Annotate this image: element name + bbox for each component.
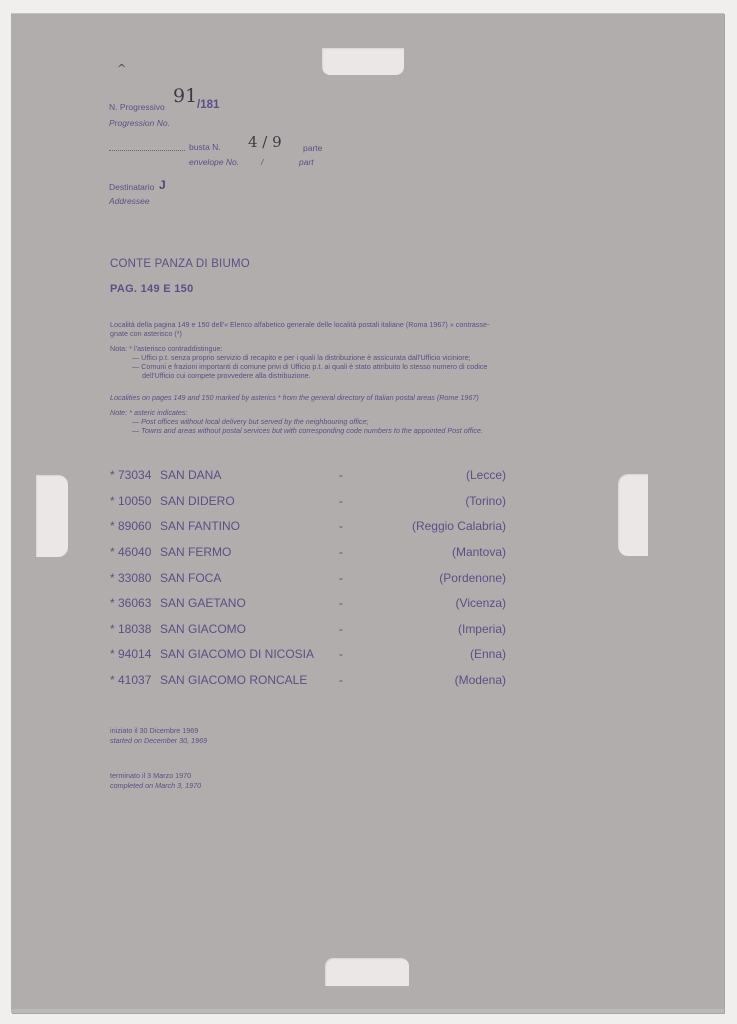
intro-it-note-2a: — Comuni e frazioni importanti di comune… [110, 362, 489, 371]
intro-it-line1: Località della pagina 149 e 150 dell'« E… [110, 320, 489, 329]
separator-dash: - [339, 545, 343, 559]
locality-name: SAN GIACOMO [160, 622, 246, 636]
intro-it-note-head: Nota: * l'asterisco contraddistingue: [110, 344, 489, 353]
page-reference: PAG. 149 E 150 [110, 283, 194, 295]
handwritten-mark: ^ [117, 62, 126, 75]
province: (Vicenza) [456, 596, 506, 610]
parte-label: parte [303, 143, 322, 153]
progressivo-number: 91 [173, 85, 197, 107]
separator-dash: - [339, 571, 343, 585]
province: (Pordenone) [439, 571, 506, 585]
list-item: * 36063 SAN GAETANO - (Vicenza) [110, 596, 506, 612]
postal-code: * 10050 [110, 494, 151, 508]
list-item: * 10050 SAN DIDERO - (Torino) [110, 494, 506, 510]
started-en: started on December 30, 1969 [110, 736, 207, 746]
province: (Mantova) [452, 545, 506, 559]
separator-dash: - [339, 519, 343, 533]
busta-label: busta N. [189, 142, 221, 152]
province: (Torino) [465, 494, 506, 508]
locality-name: SAN GAETANO [160, 596, 246, 610]
separator-dash: - [339, 494, 343, 508]
started-block: iniziato il 30 Dicembre 1969 started on … [110, 726, 207, 746]
part-label-en: part [299, 157, 314, 167]
progression-label-en: Progression No. [109, 118, 170, 128]
separator-dash: - [339, 468, 343, 482]
binder-slot-top [322, 48, 404, 75]
document-sheet: ^ N. Progressivo 91 /181 Progression No.… [11, 13, 724, 1013]
intro-en-note-head: Note: * asteric indicates: [110, 408, 483, 417]
binder-slot-left [36, 475, 68, 557]
separator-dash: - [339, 673, 343, 687]
postal-code: * 36063 [110, 596, 151, 610]
list-item: * 73034 SAN DANA - (Lecce) [110, 468, 506, 484]
locality-name: SAN GIACOMO DI NICOSIA [160, 647, 314, 661]
addressee-label-en: Addressee [109, 196, 150, 206]
intro-it-note-2b: dell'Ufficio cui compete provvedere alla… [110, 371, 489, 380]
locality-name: SAN DIDERO [160, 494, 235, 508]
intro-italian: Località della pagina 149 e 150 dell'« E… [110, 320, 489, 380]
locality-name: SAN FOCA [160, 571, 221, 585]
intro-en-line1: Localities on pages 149 and 150 marked b… [110, 393, 483, 402]
province: (Reggio Calabria) [412, 519, 506, 533]
intro-en-note-2: — Towns and areas without postal service… [110, 426, 483, 435]
envelope-label-en: envelope No. [189, 157, 239, 167]
completed-block: terminato il 3 Marzo 1970 completed on M… [110, 771, 201, 791]
separator-dash: - [339, 596, 343, 610]
list-item: * 18038 SAN GIACOMO - (Imperia) [110, 622, 506, 638]
intro-it-line2: gnate con asterisco (*) [110, 329, 489, 338]
binder-slot-bottom [325, 958, 409, 986]
list-item: * 94014 SAN GIACOMO DI NICOSIA - (Enna) [110, 647, 506, 663]
progressivo-total: /181 [197, 99, 219, 111]
province: (Lecce) [466, 468, 506, 482]
postal-code: * 46040 [110, 545, 151, 559]
list-item: * 33080 SAN FOCA - (Pordenone) [110, 571, 506, 587]
sheet-edge [11, 1009, 724, 1013]
postal-code: * 33080 [110, 571, 151, 585]
postal-code: * 94014 [110, 647, 151, 661]
intro-english: Localities on pages 149 and 150 marked b… [110, 393, 483, 435]
completed-it: terminato il 3 Marzo 1970 [110, 771, 201, 781]
started-it: iniziato il 30 Dicembre 1969 [110, 726, 207, 736]
completed-en: completed on March 3, 1970 [110, 781, 201, 791]
postal-code: * 18038 [110, 622, 151, 636]
postal-code: * 89060 [110, 519, 151, 533]
locality-name: SAN FERMO [160, 545, 231, 559]
progressivo-label: N. Progressivo [109, 102, 165, 112]
destinatario-label: Destinatario [109, 182, 154, 192]
intro-it-note-1: — Uffici p.t. senza proprio servizio di … [110, 353, 489, 362]
postal-code: * 41037 [110, 673, 151, 687]
province: (Modena) [455, 673, 506, 687]
document-title: CONTE PANZA DI BIUMO [110, 258, 250, 270]
locality-name: SAN DANA [160, 468, 221, 482]
list-item: * 46040 SAN FERMO - (Mantova) [110, 545, 506, 561]
binder-slot-right [618, 474, 648, 556]
intro-en-note-1: — Post offices without local delivery bu… [110, 417, 483, 426]
list-item: * 89060 SAN FANTINO - (Reggio Calabria) [110, 519, 506, 535]
postal-code: * 73034 [110, 468, 151, 482]
busta-blank-line [109, 150, 185, 151]
province: (Imperia) [458, 622, 506, 636]
locality-name: SAN FANTINO [160, 519, 240, 533]
destinatario-value: J [159, 178, 166, 192]
separator-dash: - [339, 622, 343, 636]
list-item: * 41037 SAN GIACOMO RONCALE - (Modena) [110, 673, 506, 689]
locality-name: SAN GIACOMO RONCALE [160, 673, 307, 687]
separator-dash: - [339, 647, 343, 661]
envelope-slash: / [261, 157, 263, 167]
busta-value: 4 / 9 [248, 133, 282, 151]
province: (Enna) [470, 647, 506, 661]
